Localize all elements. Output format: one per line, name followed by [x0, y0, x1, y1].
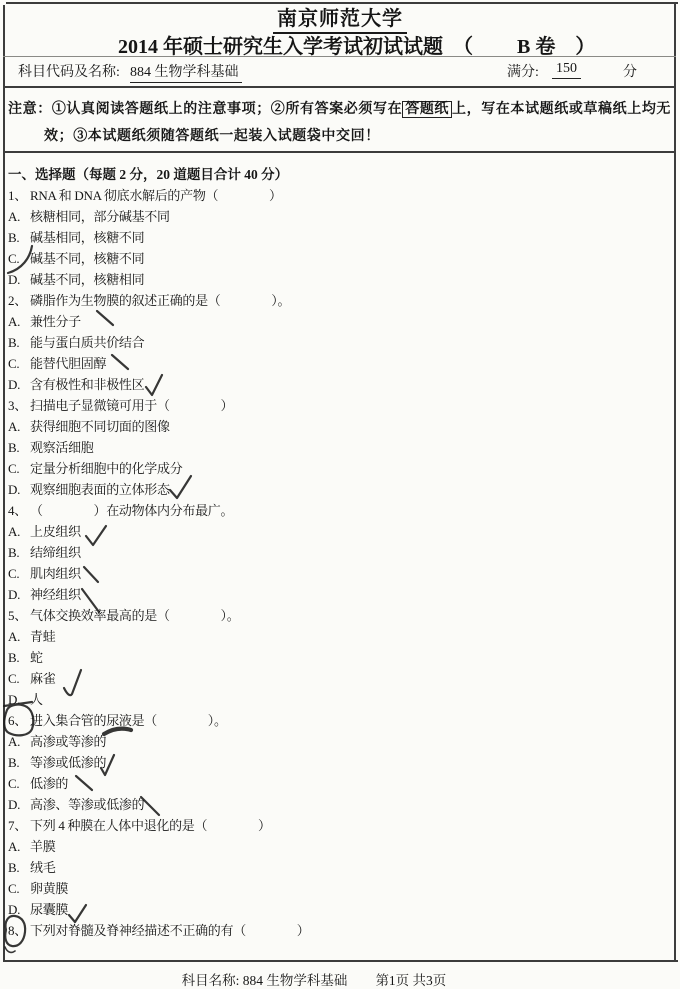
option-line: B.蛇	[8, 647, 678, 668]
option-text: 高渗、等渗或低渗的	[30, 797, 144, 812]
option-line: D.高渗、等渗或低渗的	[8, 794, 678, 815]
option-text: 定量分析细胞中的化学成分	[30, 461, 182, 476]
option-text: 卵黄膜	[30, 881, 68, 896]
option-text: 高渗或等渗的	[30, 734, 106, 749]
option-text: 观察活细胞	[30, 440, 94, 455]
option-text: 青蛙	[30, 629, 55, 644]
option-label: A.	[8, 731, 30, 752]
option-line: B.结缔组织	[8, 542, 678, 563]
question-number: 5、	[8, 605, 30, 626]
option-line: D.含有极性和非极性区	[8, 374, 678, 395]
option-line: B.绒毛	[8, 857, 678, 878]
option-text: 碱基不同，核糖不同	[30, 251, 144, 266]
option-label: C.	[8, 668, 30, 689]
option-text: 神经组织	[30, 587, 81, 602]
question-number: 2、	[8, 290, 30, 311]
option-line: B.碱基相同，核糖不同	[8, 227, 678, 248]
option-line: C.碱基不同，核糖不同	[8, 248, 678, 269]
option-label: D.	[8, 899, 30, 920]
option-line: C.麻雀	[8, 668, 678, 689]
exam-title-text: 2014 年硕士研究生入学考试初试试题	[118, 36, 443, 58]
question-text: 磷脂作为生物膜的叙述正确的是（ ）。	[30, 293, 290, 308]
exam-title-close-paren: ）	[575, 36, 595, 58]
option-text: 羊膜	[30, 839, 55, 854]
question-line: 8、下列对脊髓及脊神经描述不正确的有（ ）	[8, 920, 678, 941]
option-label: C.	[8, 878, 30, 899]
option-text: 兼性分子	[30, 314, 81, 329]
notice-seg1: ①认真阅读答题纸上的注意事项；②所有答案必须写在	[52, 102, 402, 117]
option-text: 观察细胞表面的立体形态	[30, 482, 170, 497]
option-line: D.神经组织	[8, 584, 678, 605]
option-label: B.	[8, 542, 30, 563]
question-line: 3、扫描电子显微镜可用于（ ）	[8, 395, 678, 416]
option-text: 结缔组织	[30, 545, 81, 560]
option-label: D.	[8, 479, 30, 500]
question-text: 下列对脊髓及脊神经描述不正确的有（ ）	[30, 923, 309, 938]
option-text: 绒毛	[30, 860, 55, 875]
option-label: C.	[8, 353, 30, 374]
option-label: B.	[8, 437, 30, 458]
question-line: 6、进入集合管的尿液是（ ）。	[8, 710, 678, 731]
q8-circle-tail-mark	[5, 947, 15, 952]
rule-below-notice	[3, 151, 676, 153]
option-label: B.	[8, 857, 30, 878]
option-line: D.碱基不同，核糖相同	[8, 269, 678, 290]
question-text: 气体交换效率最高的是（ ）。	[30, 608, 239, 623]
notice-boxed-term: 答题纸	[402, 101, 452, 118]
option-text: 蛇	[30, 650, 43, 665]
notice-line-2: 效；③本试题纸须随答题纸一起装入试题袋中交回！	[44, 123, 676, 150]
option-text: 等渗或低渗的	[30, 755, 106, 770]
option-label: D.	[8, 374, 30, 395]
question-number: 6、	[8, 710, 30, 731]
notice-block: 注意：①认真阅读答题纸上的注意事项；②所有答案必须写在答题纸上，写在本试题纸或草…	[8, 96, 676, 150]
option-label: C.	[8, 458, 30, 479]
option-label: D.	[8, 269, 30, 290]
option-text: 低渗的	[30, 776, 68, 791]
option-label: A.	[8, 206, 30, 227]
notice-label: 注意：	[8, 102, 52, 117]
option-line: D.尿囊膜	[8, 899, 678, 920]
score-value: 150	[552, 61, 581, 79]
option-line: C.肌肉组织	[8, 563, 678, 584]
question-line: 1、RNA 和 DNA 彻底水解后的产物（ ）	[8, 185, 678, 206]
option-label: A.	[8, 416, 30, 437]
option-line: A.高渗或等渗的	[8, 731, 678, 752]
option-text: 尿囊膜	[30, 902, 68, 917]
option-text: 能与蛋白质共价结合	[30, 335, 144, 350]
footer-page-indicator: 第1页 共3页	[375, 969, 446, 989]
option-label: C.	[8, 248, 30, 269]
option-line: C.定量分析细胞中的化学成分	[8, 458, 678, 479]
option-text: 含有极性和非极性区	[30, 377, 144, 392]
option-text: 核糖相同，部分碱基不同	[30, 209, 170, 224]
option-text: 人	[30, 692, 43, 707]
option-label: A.	[8, 311, 30, 332]
question-text: 进入集合管的尿液是（ ）。	[30, 713, 227, 728]
rule-below-subject-row	[3, 86, 676, 88]
option-line: B.观察活细胞	[8, 437, 678, 458]
question-line: 4、（ ）在动物体内分布最广。	[8, 500, 678, 521]
score-unit: 分	[623, 61, 637, 81]
option-label: A.	[8, 521, 30, 542]
page-border-bottom	[3, 960, 678, 962]
option-label: A.	[8, 626, 30, 647]
question-number: 3、	[8, 395, 30, 416]
option-line: A.兼性分子	[8, 311, 678, 332]
question-text: 下列 4 种膜在人体中退化的是（ ）	[30, 818, 271, 833]
question-number: 7、	[8, 815, 30, 836]
question-line: 7、下列 4 种膜在人体中退化的是（ ）	[8, 815, 678, 836]
option-text: 获得细胞不同切面的图像	[30, 419, 170, 434]
page-border-left	[3, 5, 5, 961]
option-label: B.	[8, 227, 30, 248]
option-label: A.	[8, 836, 30, 857]
option-text: 麻雀	[30, 671, 55, 686]
option-label: B.	[8, 332, 30, 353]
exam-paper-page: 南京师范大学 2014 年硕士研究生入学考试初试试题（B 卷） 科目代码及名称:…	[0, 0, 680, 989]
exam-title: 2014 年硕士研究生入学考试初试试题（B 卷）	[118, 30, 595, 59]
question-number: 1、	[8, 185, 30, 206]
option-text: 碱基相同，核糖不同	[30, 230, 144, 245]
question-area: 一、选择题（每题 2 分，20 道题目合计 40 分） 1、RNA 和 DNA …	[8, 164, 678, 941]
page-footer: 科目名称: 884 生物学科基础 第1页 共3页	[0, 969, 654, 989]
question-number: 8、	[8, 920, 30, 941]
option-line: D.人	[8, 689, 678, 710]
option-label: D.	[8, 794, 30, 815]
option-line: A.上皮组织	[8, 521, 678, 542]
option-line: C.卵黄膜	[8, 878, 678, 899]
option-text: 能替代胆固醇	[30, 356, 106, 371]
question-text: 扫描电子显微镜可用于（ ）	[30, 398, 233, 413]
option-line: A.获得细胞不同切面的图像	[8, 416, 678, 437]
option-label: D.	[8, 584, 30, 605]
subject-label: 科目代码及名称:	[18, 61, 120, 81]
option-line: A.青蛙	[8, 626, 678, 647]
section-title: 一、选择题（每题 2 分，20 道题目合计 40 分）	[8, 164, 678, 185]
option-text: 肌肉组织	[30, 566, 81, 581]
option-label: B.	[8, 752, 30, 773]
question-text: RNA 和 DNA 彻底水解后的产物（ ）	[30, 188, 282, 203]
notice-line-1: 注意：①认真阅读答题纸上的注意事项；②所有答案必须写在答题纸上，写在本试题纸或草…	[8, 96, 676, 123]
option-line: A.核糖相同，部分碱基不同	[8, 206, 678, 227]
option-line: D.观察细胞表面的立体形态	[8, 479, 678, 500]
option-label: B.	[8, 647, 30, 668]
option-line: C.能替代胆固醇	[8, 353, 678, 374]
option-label: C.	[8, 773, 30, 794]
question-text: （ ）在动物体内分布最广。	[30, 503, 233, 518]
option-line: B.能与蛋白质共价结合	[8, 332, 678, 353]
option-line: A.羊膜	[8, 836, 678, 857]
option-line: C.低渗的	[8, 773, 678, 794]
subject-value: 884 生物学科基础	[130, 61, 242, 83]
option-label: C.	[8, 563, 30, 584]
option-text: 碱基不同，核糖相同	[30, 272, 144, 287]
question-number: 4、	[8, 500, 30, 521]
question-line: 2、磷脂作为生物膜的叙述正确的是（ ）。	[8, 290, 678, 311]
footer-subject: 科目名称: 884 生物学科基础	[182, 969, 348, 989]
exam-title-open-paren: （	[453, 36, 473, 58]
option-line: B.等渗或低渗的	[8, 752, 678, 773]
notice-seg2: 上，写在本试题纸或草稿纸上均无	[452, 102, 671, 117]
paper-version: B 卷	[517, 36, 555, 58]
score-label: 满分:	[507, 61, 539, 81]
option-label: D.	[8, 689, 30, 710]
option-text: 上皮组织	[30, 524, 81, 539]
question-line: 5、气体交换效率最高的是（ ）。	[8, 605, 678, 626]
subject-row: 科目代码及名称: 884 生物学科基础 满分: 150 分	[0, 61, 680, 85]
